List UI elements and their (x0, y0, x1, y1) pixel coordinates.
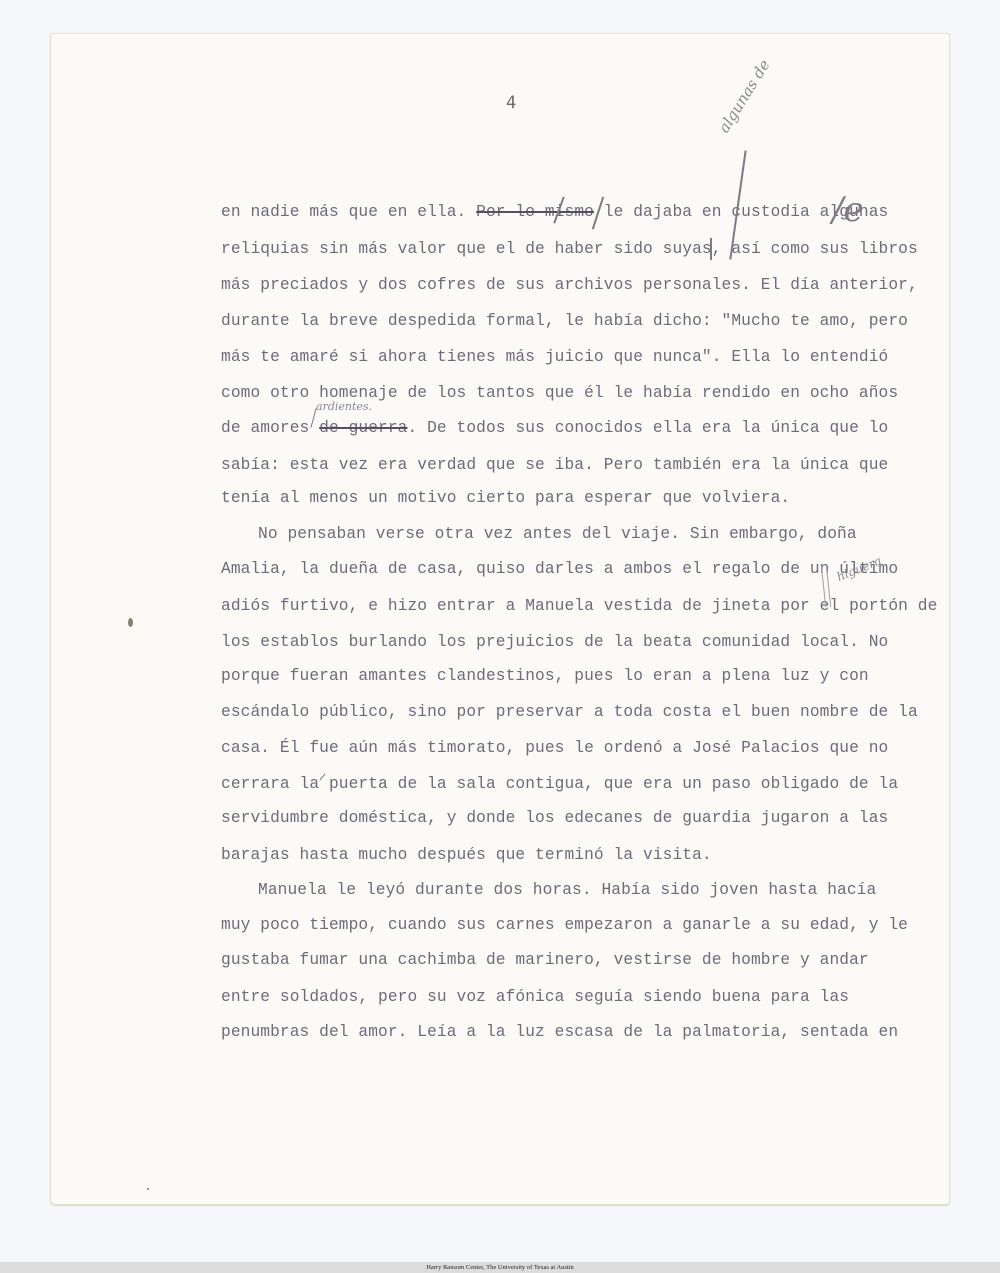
typescript-line: como otro homenaje de los tantos que él … (221, 383, 817, 403)
line-text: casa. Él fue aún más timorato, pues le o… (221, 739, 888, 757)
line-text: porque fueran amantes clandestinos, pues… (221, 667, 869, 685)
archive-credit: Harry Ransom Center, The University of T… (0, 1262, 1000, 1273)
typescript-line: tenía al menos un motivo cierto para esp… (221, 488, 817, 508)
line-text: más te amaré si ahora tienes más juicio … (221, 348, 888, 366)
handwritten-le: /e (832, 190, 864, 230)
typescript-line: más preciados y dos cofres de sus archiv… (221, 275, 817, 295)
line-text: escándalo público, sino por preservar a … (221, 703, 918, 721)
line-text: reliquias sin más valor que el de haber … (221, 240, 918, 258)
typescript-line: adiós furtivo, e hizo entrar a Manuela v… (221, 596, 817, 616)
typescript-line: barajas hasta mucho después que terminó … (221, 845, 817, 865)
paper-speck-small (147, 1188, 149, 1190)
line-text: . De todos sus conocidos ella era la úni… (407, 419, 888, 437)
typescript-line: Amalia, la dueña de casa, quiso darles a… (221, 559, 817, 579)
typescript-line: Manuela le leyó durante dos horas. Había… (221, 880, 817, 900)
line-text: Manuela le leyó durante dos horas. Había… (258, 881, 876, 899)
typescript-line: casa. Él fue aún más timorato, pues le o… (221, 738, 817, 758)
typescript-line: más te amaré si ahora tienes más juicio … (221, 347, 817, 367)
typescript-line: porque fueran amantes clandestinos, pues… (221, 666, 817, 686)
typescript-line: escándalo público, sino por preservar a … (221, 702, 817, 722)
typescript-line: sabía: esta vez era verdad que se iba. P… (221, 455, 817, 475)
typescript-line: reliquias sin más valor que el de haber … (221, 239, 817, 259)
typescript-line: servidumbre doméstica, y donde los edeca… (221, 808, 817, 828)
line-text: tenía al menos un motivo cierto para esp… (221, 489, 790, 507)
line-text: más preciados y dos cofres de sus archiv… (221, 276, 918, 294)
line-text: los establos burlando los prejuicios de … (221, 633, 888, 651)
line-text: muy poco tiempo, cuando sus carnes empez… (221, 916, 908, 934)
struck-text: de guerra (319, 419, 407, 437)
typescript-line: de amores de guerra. De todos sus conoci… (221, 418, 817, 438)
line-text: No pensaban verse otra vez antes del via… (258, 525, 857, 543)
typescript-line: cerrara la puerta de la sala contigua, q… (221, 774, 817, 794)
typescript-line: muy poco tiempo, cuando sus carnes empez… (221, 915, 817, 935)
handwritten-ardientes: ardientes. (316, 400, 372, 413)
line-text: penumbras del amor. Leía a la luz escasa… (221, 1023, 898, 1041)
line-text: entre soldados, pero su voz afónica segu… (221, 988, 849, 1006)
page-number: 4 (506, 93, 516, 113)
typescript-line: durante la breve despedida formal, le ha… (221, 311, 817, 331)
typescript-line: los establos burlando los prejuicios de … (221, 632, 817, 652)
line-text: de amores (221, 419, 319, 437)
line-text: en nadie más que en ella. (221, 203, 476, 221)
line-text: durante la breve despedida formal, le ha… (221, 312, 908, 330)
insertion-mark-como-sus (710, 238, 712, 260)
struck-text: Por lo mismo (476, 203, 594, 221)
paper-speck (128, 618, 133, 627)
typescript-line: entre soldados, pero su voz afónica segu… (221, 987, 817, 1007)
typescript-line: penumbras del amor. Leía a la luz escasa… (221, 1022, 817, 1042)
line-text: Amalia, la dueña de casa, quiso darles a… (221, 560, 898, 578)
line-text: servidumbre doméstica, y donde los edeca… (221, 809, 888, 827)
line-text: barajas hasta mucho después que terminó … (221, 846, 712, 864)
line-text: gustaba fumar una cachimba de marinero, … (221, 951, 869, 969)
typescript-line: gustaba fumar una cachimba de marinero, … (221, 950, 817, 970)
typescript-line: No pensaban verse otra vez antes del via… (221, 524, 817, 544)
line-text: sabía: esta vez era verdad que se iba. P… (221, 456, 888, 474)
typescript-line: en nadie más que en ella. Por lo mismo l… (221, 202, 817, 222)
